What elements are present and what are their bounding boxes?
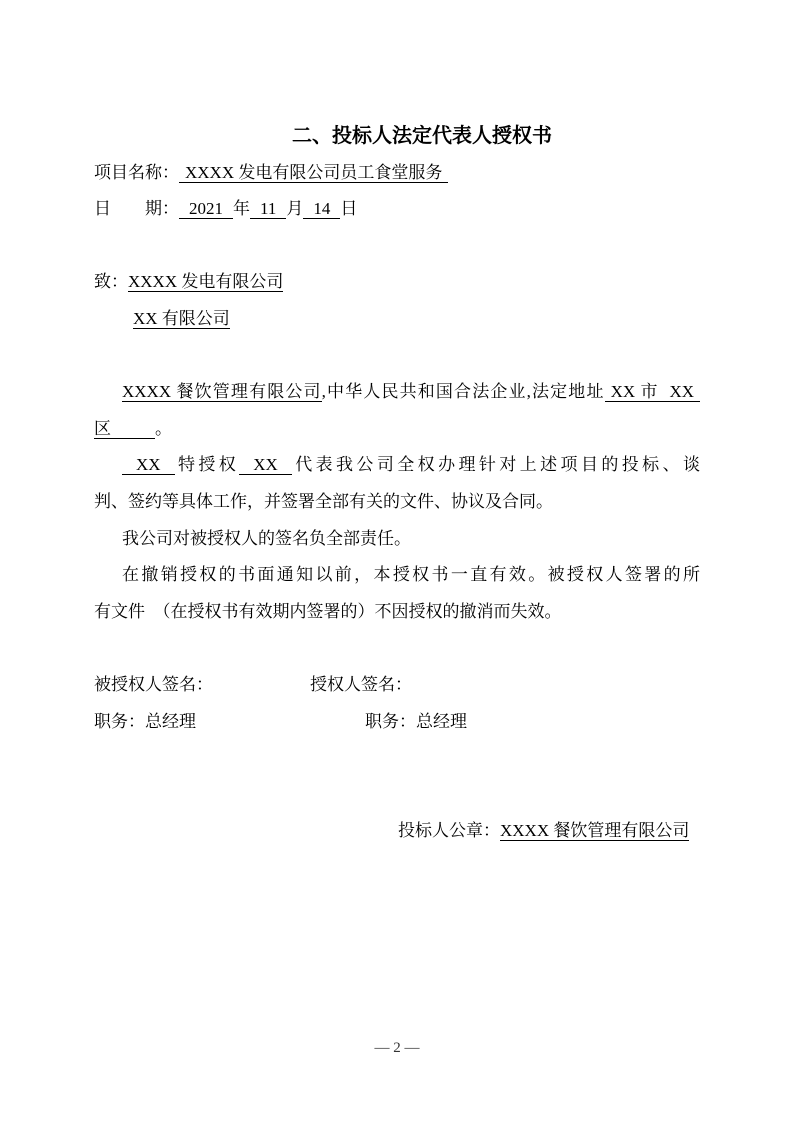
principal-sign-label: 授权人签名：: [310, 667, 412, 704]
attorney-title-label: 职务：: [94, 712, 145, 731]
seal-label: 投标人公章：: [398, 821, 500, 840]
date-row: 日 期：2021年11月14日: [94, 191, 700, 228]
paragraph2-line1: XX特授权XX代表我公司全权办理针对上述项目的投标、谈: [94, 447, 700, 484]
date-label: 日 期：: [94, 199, 179, 218]
page-number: — 2 —: [0, 1036, 794, 1060]
attorney-sign-label: 被授权人签名：: [94, 675, 213, 694]
spacer-line: [94, 630, 700, 667]
recipient-row-2: XX 有限公司: [94, 301, 700, 338]
bidder-company-name: XXXX 餐饮管理有限公司: [122, 382, 322, 402]
paragraph1-period: 。: [155, 419, 172, 438]
principal-title-label: 职务：: [365, 712, 416, 731]
title-row: 职务：总经理职务：总经理: [94, 704, 700, 741]
spacer-line: [94, 777, 700, 814]
principal-name: XX: [122, 455, 175, 475]
principal-title-value: 总经理: [416, 712, 467, 731]
date-year-value: 2021: [179, 199, 233, 219]
recipient-label: 致：: [94, 272, 128, 291]
paragraph2-line2: 判、签约等具体工作，并签署全部有关的文件、协议及合同。: [94, 484, 700, 521]
seal-company-name: XXXX 餐饮管理有限公司: [500, 821, 689, 841]
attorney-title-value: 总经理: [145, 712, 196, 731]
signature-row: 被授权人签名：授权人签名：: [94, 667, 700, 704]
date-day-value: 14: [303, 199, 340, 219]
project-name-row: 项目名称：XXXX 发电有限公司员工食堂服务: [94, 155, 700, 192]
document-content: 二、投标人法定代表人授权书 项目名称：XXXX 发电有限公司员工食堂服务 日 期…: [94, 118, 700, 850]
spacer-line: [94, 740, 700, 777]
paragraph4-line1: 在撤销授权的书面通知以前，本授权书一直有效。被授权人签署的所: [94, 557, 700, 594]
principal-title: 职务：总经理: [365, 704, 467, 741]
project-name-label: 项目名称：: [94, 163, 179, 182]
paragraph3: 我公司对被授权人的签名负全部责任。: [94, 521, 700, 558]
attorney-title: 职务：总经理: [94, 712, 196, 731]
spacer-line: [94, 228, 700, 265]
page-title: 二、投标人法定代表人授权书: [94, 118, 700, 155]
date-day-unit: 日: [340, 199, 357, 218]
date-year-unit: 年: [233, 199, 250, 218]
agent-name: XX: [239, 455, 292, 475]
paragraph2-rest-line1: 代表我公司全权办理针对上述项目的投标、谈: [292, 455, 700, 474]
date-month-unit: 月: [286, 199, 303, 218]
recipient-row-1: 致：XXXX 发电有限公司: [94, 264, 700, 301]
legal-address-part1: XX 市 XX: [605, 382, 700, 402]
paragraph1-line1: XXXX 餐饮管理有限公司,中华人民共和国合法企业,法定地址XX 市 XX: [94, 374, 700, 411]
paragraph1-middle-text: ,中华人民共和国合法企业,法定地址: [322, 382, 605, 401]
recipient-company-1: XXXX 发电有限公司: [128, 272, 283, 292]
spacer-line: [94, 338, 700, 375]
authorize-verb: 特授权: [175, 455, 240, 474]
legal-address-part2: 区: [94, 419, 155, 439]
date-month-value: 11: [250, 199, 286, 219]
document-page: 二、投标人法定代表人授权书 项目名称：XXXX 发电有限公司员工食堂服务 日 期…: [0, 0, 794, 1122]
recipient-company-2: XX 有限公司: [133, 309, 230, 329]
seal-row: 投标人公章：XXXX 餐饮管理有限公司: [94, 813, 700, 850]
paragraph1-line2: 区。: [94, 411, 700, 448]
paragraph4-line2: 有文件 （在授权书有效期内签署的）不因授权的撤消而失效。: [94, 594, 700, 631]
project-name-value: XXXX 发电有限公司员工食堂服务: [179, 163, 448, 183]
